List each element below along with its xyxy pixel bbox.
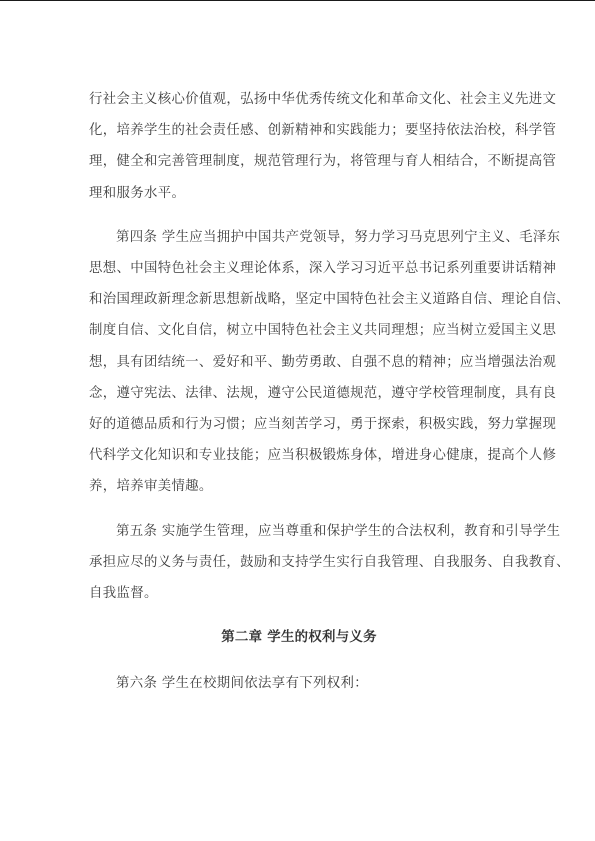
text-line: 行社会主义核心价值观，弘扬中华优秀传统文化和革命文化、社会主义先进文: [89, 84, 509, 115]
document-page: 行社会主义核心价值观，弘扬中华优秀传统文化和革命文化、社会主义先进文 化，培养学…: [89, 84, 509, 712]
text-line: 念，遵守宪法、法律、法规，遵守公民道德规范，遵守学校管理制度，具有良: [89, 378, 509, 409]
page-top-border: [0, 0, 595, 1]
text-line: 第四条 学生应当拥护中国共产党领导，努力学习马克思列宁主义、毛泽东: [89, 222, 509, 253]
text-line: 理，健全和完善管理制度，规范管理行为，将管理与育人相结合，不断提高管: [89, 146, 509, 177]
paragraph-article-6: 第六条 学生在校期间依法享有下列权利：: [89, 668, 509, 699]
text-line: 第五条 实施学生管理，应当尊重和保护学生的合法权利，教育和引导学生: [89, 516, 509, 547]
paragraph-article-5: 第五条 实施学生管理，应当尊重和保护学生的合法权利，教育和引导学生 承担应尽的义…: [89, 516, 509, 610]
text-line: 化，培养学生的社会责任感、创新精神和实践能力；要坚持依法治校，科学管: [89, 115, 509, 146]
text-line: 和治国理政新理念新思想新战略，坚定中国特色社会主义道路自信、理论自信、: [89, 284, 509, 315]
paragraph-intro-continued: 行社会主义核心价值观，弘扬中华优秀传统文化和革命文化、社会主义先进文 化，培养学…: [89, 84, 509, 209]
text-line: 代科学文化知识和专业技能；应当积极锻炼身体，增进身心健康，提高个人修: [89, 440, 509, 471]
text-line: 好的道德品质和行为习惯；应当刻苦学习，勇于探索，积极实践，努力掌握现: [89, 409, 509, 440]
text-line: 养，培养审美情趣。: [89, 471, 509, 502]
text-line: 想，具有团结统一、爱好和平、勤劳勇敢、自强不息的精神；应当增强法治观: [89, 347, 509, 378]
text-line: 理和服务水平。: [89, 178, 509, 209]
text-line: 承担应尽的义务与责任，鼓励和支持学生实行自我管理、自我服务、自我教育、: [89, 547, 509, 578]
text-line: 制度自信、文化自信，树立中国特色社会主义共同理想；应当树立爱国主义思: [89, 315, 509, 346]
chapter-heading: 第二章 学生的权利与义务: [89, 622, 509, 653]
text-line: 自我监督。: [89, 578, 509, 609]
paragraph-article-4: 第四条 学生应当拥护中国共产党领导，努力学习马克思列宁主义、毛泽东 思想、中国特…: [89, 222, 509, 503]
text-line: 思想、中国特色社会主义理论体系，深入学习习近平总书记系列重要讲话精神: [89, 253, 509, 284]
text-line: 第六条 学生在校期间依法享有下列权利：: [89, 668, 509, 699]
